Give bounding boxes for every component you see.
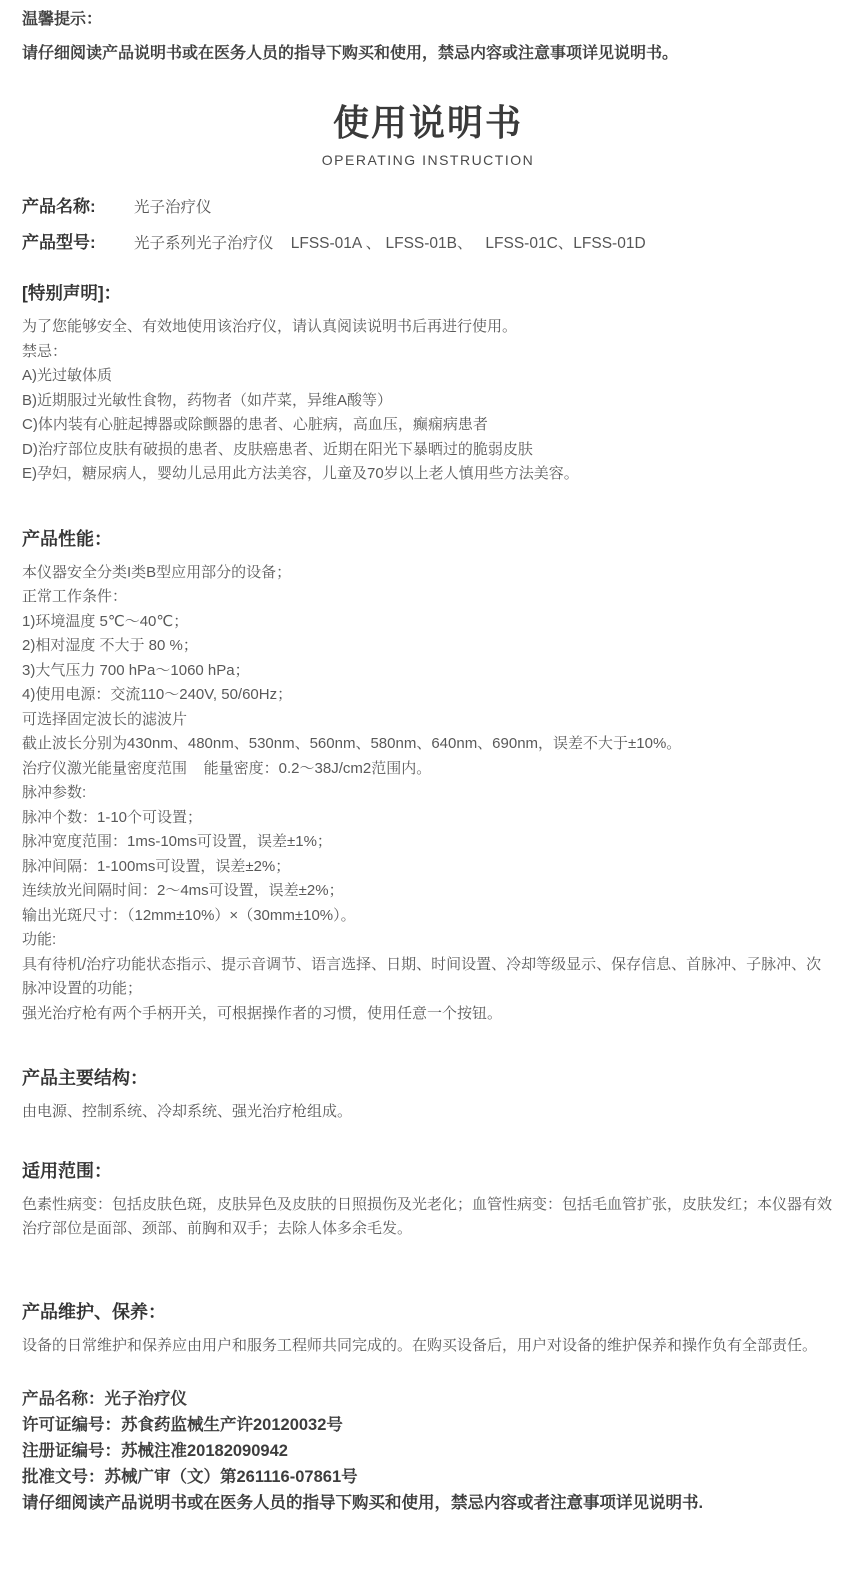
performance-line: 正常工作条件： (22, 585, 834, 610)
performance-section: 产品性能： 本仪器安全分类I类B型应用部分的设备； 正常工作条件： 1)环境温度… (22, 525, 834, 1027)
scope-section: 适用范围： 色素性病变：包括皮肤色斑，皮肤异色及皮肤的日照损伤及光老化；血管性病… (22, 1157, 834, 1242)
structure-heading: 产品主要结构： (22, 1064, 834, 1090)
page-title: 使用说明书 (22, 95, 834, 146)
page-subtitle: OPERATING INSTRUCTION (22, 152, 834, 168)
taboo-item: E)孕妇，糖尿病人，婴幼儿忌用此方法美容，儿童及70岁以上老人慎用些方法美容。 (22, 462, 834, 487)
taboo-item: C)体内装有心脏起搏器或除颤器的患者、心脏病，高血压，癫痫病患者 (22, 413, 834, 438)
special-statement-section: [特别声明]： 为了您能够安全、有效地使用该治疗仪，请认真阅读说明书后再进行使用… (22, 280, 834, 487)
structure-section: 产品主要结构： 由电源、控制系统、冷却系统、强光治疗枪组成。 (22, 1064, 834, 1125)
performance-line: 功能: (22, 928, 834, 953)
footer-approval-number: 批准文号：苏械广审（文）第261116-07861号 (22, 1464, 834, 1490)
maintenance-heading: 产品维护、保养： (22, 1298, 834, 1324)
taboo-item: D)治疗部位皮肤有破损的患者、皮肤癌患者、近期在阳光下暴晒过的脆弱皮肤 (22, 438, 834, 463)
performance-line: 连续放光间隔时间：2～4ms可设置，误差±2%； (22, 879, 834, 904)
performance-line: 脉冲间隔：1-100ms可设置，误差±2%； (22, 855, 834, 880)
taboo-item: B)近期服过光敏性食物，药物者（如芹菜，异维A酸等） (22, 389, 834, 414)
footer-notice: 请仔细阅读产品说明书或在医务人员的指导下购买和使用，禁忌内容或者注意事项详见说明… (22, 1490, 834, 1516)
footer-license-number: 许可证编号：苏食药监械生产许20120032号 (22, 1412, 834, 1438)
notice-label: 温馨提示： (22, 6, 834, 29)
performance-line: 具有待机/治疗功能状态指示、提示音调节、语言选择、日期、时间设置、冷却等级显示、… (22, 953, 834, 1002)
product-name-label: 产品名称: (22, 192, 134, 217)
maintenance-section: 产品维护、保养： 设备的日常维护和保养应由用户和服务工程师共同完成的。在购买设备… (22, 1298, 834, 1359)
taboo-item: A)光过敏体质 (22, 364, 834, 389)
notice-text: 请仔细阅读产品说明书或在医务人员的指导下购买和使用，禁忌内容或注意事项详见说明书… (22, 43, 834, 65)
footer-registration-number: 注册证编号：苏械注准20182090942 (22, 1438, 834, 1464)
performance-line: 输出光斑尺寸：（12mm±10%）×（30mm±10%）。 (22, 904, 834, 929)
performance-line: 可选择固定波长的滤波片 (22, 708, 834, 733)
performance-line: 截止波长分别为430nm、480nm、530nm、560nm、580nm、640… (22, 732, 834, 757)
product-name-value: 光子治疗仪 (134, 195, 212, 217)
footer-product-name: 产品名称：光子治疗仪 (22, 1386, 834, 1412)
performance-line: 4)使用电源：交流110～240V, 50/60Hz； (22, 683, 834, 708)
special-statement-heading: [特别声明]： (22, 280, 834, 305)
scope-heading: 适用范围： (22, 1157, 834, 1183)
performance-line: 脉冲个数：1-10个可设置； (22, 806, 834, 831)
maintenance-text: 设备的日常维护和保养应由用户和服务工程师共同完成的。在购买设备后，用户对设备的维… (22, 1334, 834, 1359)
special-statement-intro: 为了您能够安全、有效地使用该治疗仪，请认真阅读说明书后再进行使用。 (22, 315, 834, 340)
registration-footer: 产品名称：光子治疗仪 许可证编号：苏食药监械生产许20120032号 注册证编号… (22, 1386, 834, 1516)
performance-line: 治疗仪激光能量密度范围 能量密度：0.2～38J/cm2范围内。 (22, 757, 834, 782)
performance-line: 1)环境温度 5℃～40℃； (22, 610, 834, 635)
taboo-label: 禁忌： (22, 340, 834, 365)
product-model-value: 光子系列光子治疗仪 LFSS-01A 、 LFSS-01B、 LFSS-01C、… (134, 231, 646, 253)
performance-line: 脉冲参数: (22, 781, 834, 806)
performance-line: 强光治疗枪有两个手柄开关，可根据操作者的习惯，使用任意一个按钮。 (22, 1002, 834, 1027)
product-name-row: 产品名称: 光子治疗仪 (22, 192, 834, 217)
product-model-row: 产品型号: 光子系列光子治疗仪 LFSS-01A 、 LFSS-01B、 LFS… (22, 228, 834, 253)
structure-text: 由电源、控制系统、冷却系统、强光治疗枪组成。 (22, 1100, 834, 1125)
performance-line: 2)相对湿度 不大于 80 %； (22, 634, 834, 659)
instruction-document: 温馨提示： 请仔细阅读产品说明书或在医务人员的指导下购买和使用，禁忌内容或注意事… (0, 0, 860, 1576)
scope-text: 色素性病变：包括皮肤色斑，皮肤异色及皮肤的日照损伤及光老化；血管性病变：包括毛血… (22, 1193, 834, 1242)
performance-heading: 产品性能： (22, 525, 834, 551)
performance-line: 脉冲宽度范围：1ms-10ms可设置，误差±1%； (22, 830, 834, 855)
product-model-label: 产品型号: (22, 228, 134, 253)
performance-line: 3)大气压力 700 hPa～1060 hPa； (22, 659, 834, 684)
performance-line: 本仪器安全分类I类B型应用部分的设备； (22, 561, 834, 586)
